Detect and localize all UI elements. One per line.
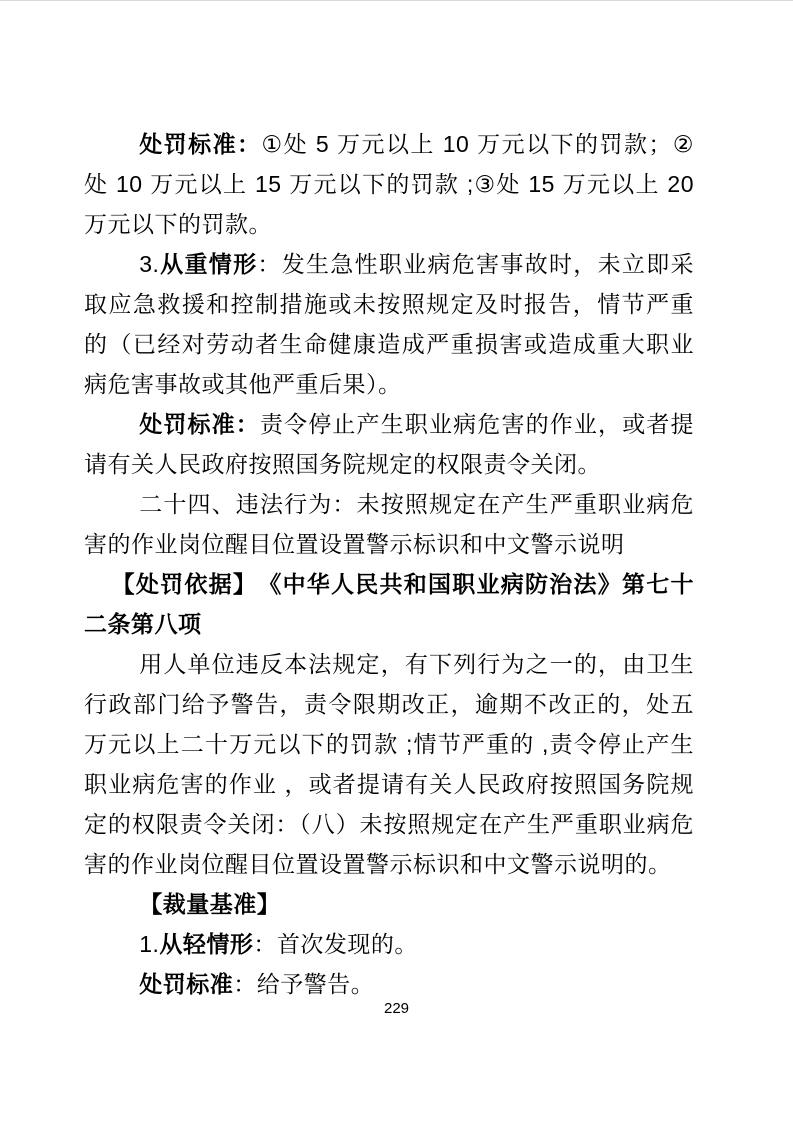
- bold-run: 【处罚依据】 《中华人民共和国职业病防治法》第七十二条第八项: [84, 571, 694, 637]
- paragraph-discretion-benchmark: 【裁量基准】: [84, 884, 694, 924]
- bold-run: 处罚标准：: [139, 411, 260, 437]
- page-number: 229: [0, 999, 793, 1019]
- bold-run: 从重情形: [159, 251, 257, 277]
- paragraph-penalty-basis: 【处罚依据】 《中华人民共和国职业病防治法》第七十二条第八项: [84, 564, 694, 644]
- paragraph-violation-24: 二十四、违法行为：未按照规定在产生严重职业病危害的作业岗位醒目位置设置警示标识和…: [84, 484, 694, 564]
- document-page: 处罚标准：①处 5 万元以上 10 万元以下的罚款；②处 10 万元以上 15 …: [0, 0, 793, 1122]
- paragraph-aggravating-circumstance: 3.从重情形：发生急性职业病危害事故时，未立即采取应急救援和控制措施或未按照规定…: [84, 244, 694, 404]
- bold-run: 处罚标准: [139, 971, 233, 997]
- text-run: 用人单位违反本法规定，有下列行为之一的，由卫生行政部门给予警告，责令限期改正，逾…: [84, 651, 694, 877]
- text-run: 1.: [139, 931, 159, 957]
- paragraph-penalty-standard-2: 处罚标准：责令停止产生职业病危害的作业，或者提请有关人民政府按照国务院规定的权限…: [84, 404, 694, 484]
- document-body: 处罚标准：①处 5 万元以上 10 万元以下的罚款；②处 10 万元以上 15 …: [84, 124, 694, 1004]
- text-run: ：首次发现的。: [253, 931, 418, 957]
- bold-run: 从轻情形: [159, 931, 253, 957]
- page-top-edge-line: [0, 0, 793, 1]
- bold-run: 处罚标准：: [139, 131, 261, 157]
- paragraph-law-text: 用人单位违反本法规定，有下列行为之一的，由卫生行政部门给予警告，责令限期改正，逾…: [84, 644, 694, 884]
- paragraph-penalty-standard-3: 处罚标准：给予警告。: [84, 964, 694, 1004]
- text-run: ：给予警告。: [233, 971, 374, 997]
- text-run: 二十四、违法行为：未按照规定在产生严重职业病危害的作业岗位醒目位置设置警示标识和…: [84, 491, 694, 557]
- paragraph-mitigating-circumstance: 1.从轻情形：首次发现的。: [84, 924, 694, 964]
- bold-run: 【裁量基准】: [139, 891, 280, 917]
- text-run: 3.: [139, 251, 159, 277]
- paragraph-penalty-standard-1: 处罚标准：①处 5 万元以上 10 万元以下的罚款；②处 10 万元以上 15 …: [84, 124, 694, 244]
